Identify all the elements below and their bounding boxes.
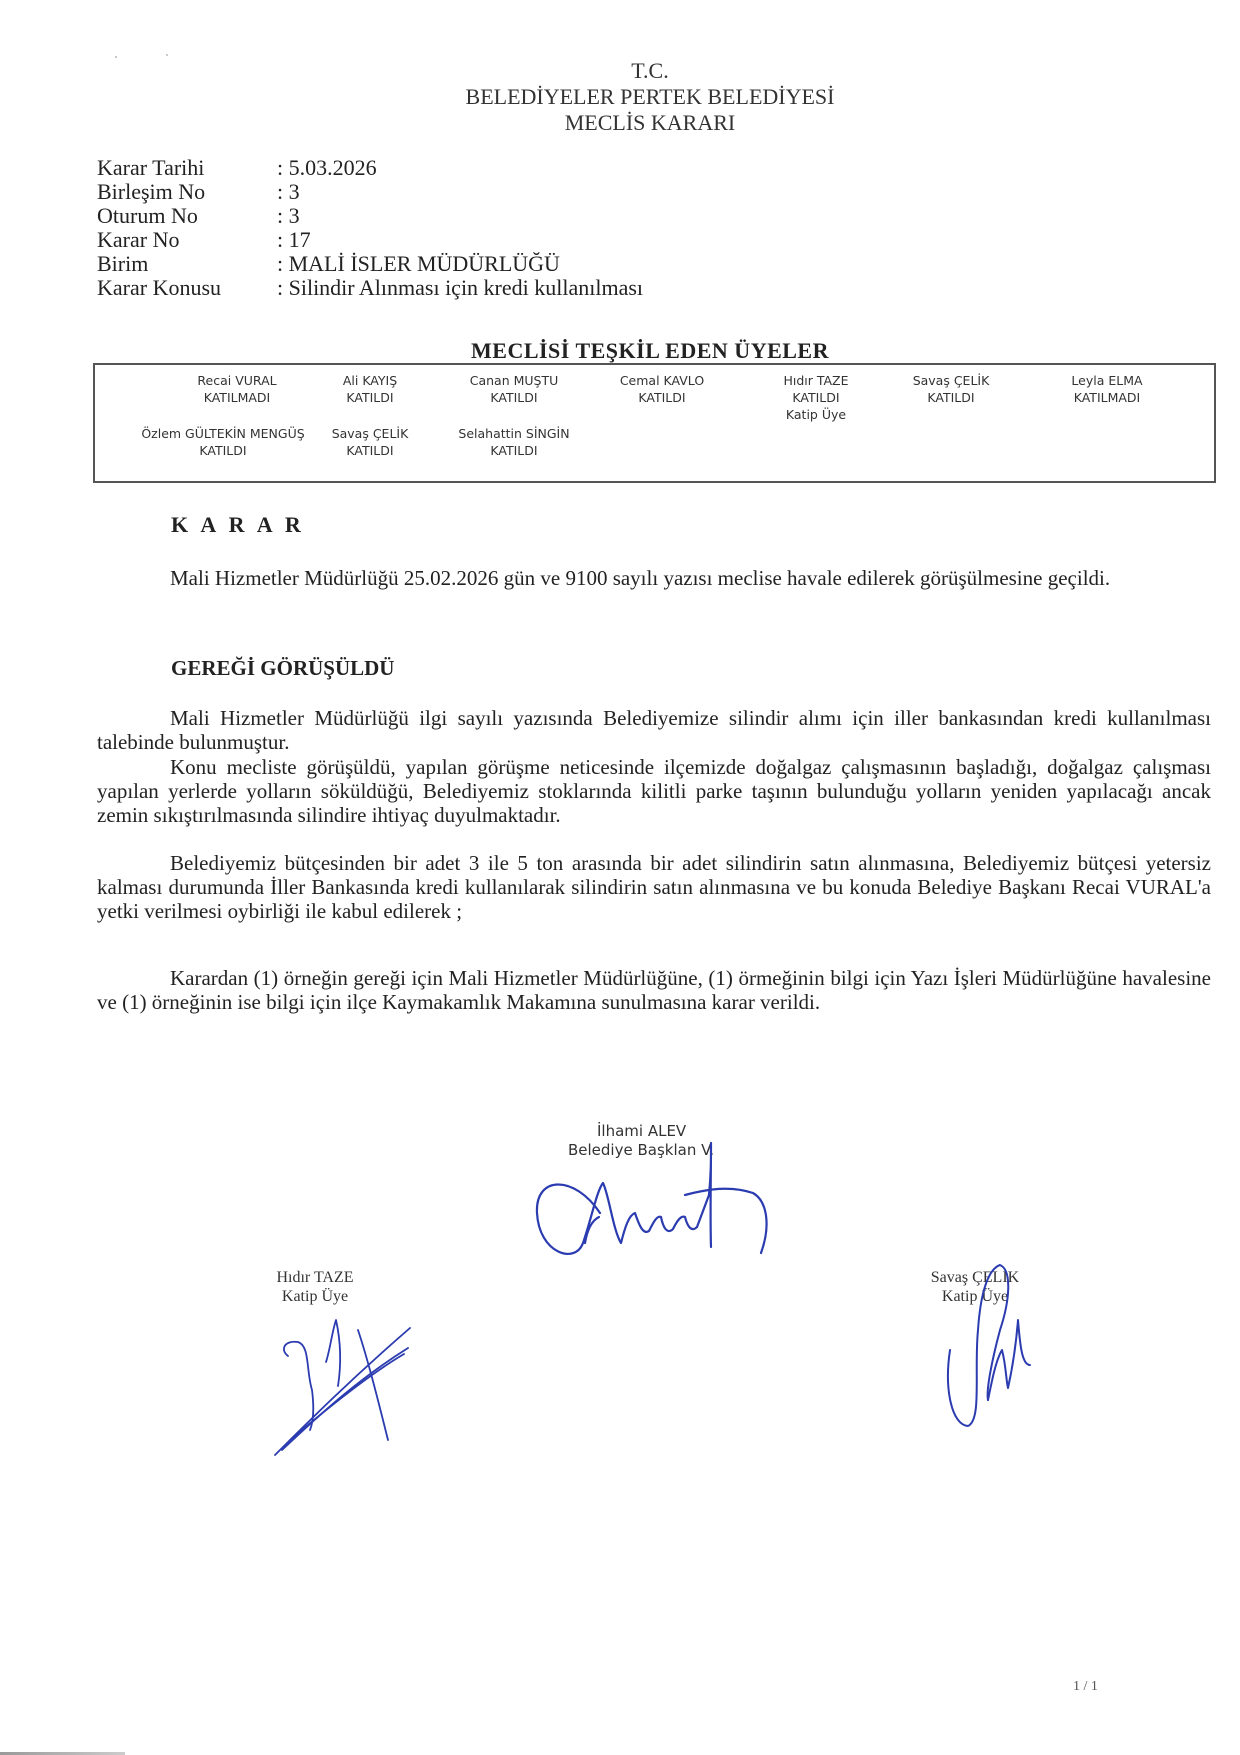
member-status: KATILDI xyxy=(439,389,589,406)
decision-intro-text: Mali Hizmetler Müdürlüğü 25.02.2026 gün … xyxy=(170,566,1110,590)
member-status: KATILDI xyxy=(133,442,313,459)
member-name: Canan MUŞTU xyxy=(439,372,589,389)
member: Recai VURALKATILMADI xyxy=(162,372,312,406)
decision-meta: Karar Tarihi: 5.03.2026 Birleşim No: 3 O… xyxy=(97,156,643,300)
member-status: KATILDI xyxy=(587,389,737,406)
meta-label: Oturum No xyxy=(97,204,277,228)
paragraph-text: Belediyemiz bütçesinden bir adet 3 ile 5… xyxy=(97,851,1211,923)
decision-paragraph: Karardan (1) örneğin gereği için Mali Hi… xyxy=(97,966,1211,1014)
meta-label: Birim xyxy=(97,252,277,276)
member-name: Hıdır TAZE xyxy=(741,372,891,389)
member: Savaş ÇELİKKATILDI xyxy=(295,425,445,459)
member-status: KATILDI xyxy=(876,389,1026,406)
member: Canan MUŞTUKATILDI xyxy=(439,372,589,406)
meta-row: Karar No: 17 xyxy=(97,228,643,252)
member-name: Leyla ELMA xyxy=(1032,372,1182,389)
member: Selahattin SİNGİNKATILDI xyxy=(439,425,589,459)
clerk1-signature-icon xyxy=(270,1290,430,1460)
decision-paragraph: Mali Hizmetler Müdürlüğü ilgi sayılı yaz… xyxy=(97,706,1211,754)
member-name: Ali KAYIŞ xyxy=(295,372,445,389)
member-name: Özlem GÜLTEKİN MENGÜŞ xyxy=(133,425,313,442)
member-status: KATILMADI xyxy=(1032,389,1182,406)
member: Cemal KAVLOKATILDI xyxy=(587,372,737,406)
paragraph-text: Mali Hizmetler Müdürlüğü ilgi sayılı yaz… xyxy=(97,706,1211,754)
meta-row: Oturum No: 3 xyxy=(97,204,643,228)
decision-paragraph: Konu mecliste görüşüldü, yapılan görüşme… xyxy=(97,755,1211,827)
meta-value: : 17 xyxy=(277,228,311,252)
page-number: 1 / 1 xyxy=(1073,1679,1098,1695)
meta-value: : MALİ İSLER MÜDÜRLÜĞÜ xyxy=(277,252,560,276)
meta-value: : 5.03.2026 xyxy=(277,156,377,180)
member: Hıdır TAZEKATILDIKatip Üye xyxy=(741,372,891,423)
member-status: KATILDI xyxy=(741,389,891,406)
member-status: KATILMADI xyxy=(162,389,312,406)
member-name: Selahattin SİNGİN xyxy=(439,425,589,442)
member: Ali KAYIŞKATILDI xyxy=(295,372,445,406)
meta-value: : Silindir Alınması için kredi kullanılm… xyxy=(277,276,643,300)
member-status: KATILDI xyxy=(439,442,589,459)
decision-title: K A R A R xyxy=(171,512,305,538)
member-role: Katip Üye xyxy=(741,406,891,423)
member-name: Recai VURAL xyxy=(162,372,312,389)
header-municipality: BELEDİYELER PERTEK BELEDİYESİ xyxy=(60,84,1240,110)
document-header: T.C. BELEDİYELER PERTEK BELEDİYESİ MECLİ… xyxy=(0,58,1240,136)
meta-label: Karar No xyxy=(97,228,277,252)
meta-value: : 3 xyxy=(277,180,300,204)
member-name: Cemal KAVLO xyxy=(587,372,737,389)
section-title: GEREĞİ GÖRÜŞÜLDÜ xyxy=(171,656,394,681)
meta-label: Karar Konusu xyxy=(97,276,277,300)
members-title-text: MECLİSİ TEŞKİL EDEN ÜYELER xyxy=(471,338,829,363)
mayor-signature-icon xyxy=(525,1135,815,1280)
paragraph-text: Karardan (1) örneğin gereği için Mali Hi… xyxy=(97,966,1211,1014)
member: Özlem GÜLTEKİN MENGÜŞKATILDI xyxy=(133,425,313,459)
member-status: KATILDI xyxy=(295,442,445,459)
decision-intro: Mali Hizmetler Müdürlüğü 25.02.2026 gün … xyxy=(97,566,1211,590)
decision-paragraph: Belediyemiz bütçesinden bir adet 3 ile 5… xyxy=(97,851,1211,923)
member-name: Savaş ÇELİK xyxy=(876,372,1026,389)
member-status: KATILDI xyxy=(295,389,445,406)
paragraph-text: Konu mecliste görüşüldü, yapılan görüşme… xyxy=(97,755,1211,827)
meta-label: Karar Tarihi xyxy=(97,156,277,180)
member: Leyla ELMAKATILMADI xyxy=(1032,372,1182,406)
members-box: Recai VURALKATILMADI Ali KAYIŞKATILDI Ca… xyxy=(93,363,1216,483)
scan-speck xyxy=(166,54,168,56)
member-name: Savaş ÇELİK xyxy=(295,425,445,442)
clerk2-signature-icon xyxy=(930,1250,1050,1440)
header-tc: T.C. xyxy=(60,58,1240,84)
member: Savaş ÇELİKKATILDI xyxy=(876,372,1026,406)
members-title: MECLİSİ TEŞKİL EDEN ÜYELER xyxy=(0,338,1240,364)
meta-row: Birleşim No: 3 xyxy=(97,180,643,204)
meta-row: Karar Konusu: Silindir Alınması için kre… xyxy=(97,276,643,300)
header-doc-type: MECLİS KARARI xyxy=(60,110,1240,136)
meta-row: Birim: MALİ İSLER MÜDÜRLÜĞÜ xyxy=(97,252,643,276)
meta-value: : 3 xyxy=(277,204,300,228)
meta-row: Karar Tarihi: 5.03.2026 xyxy=(97,156,643,180)
clerk1-name: Hıdır TAZE xyxy=(255,1268,375,1287)
meta-label: Birleşim No xyxy=(97,180,277,204)
